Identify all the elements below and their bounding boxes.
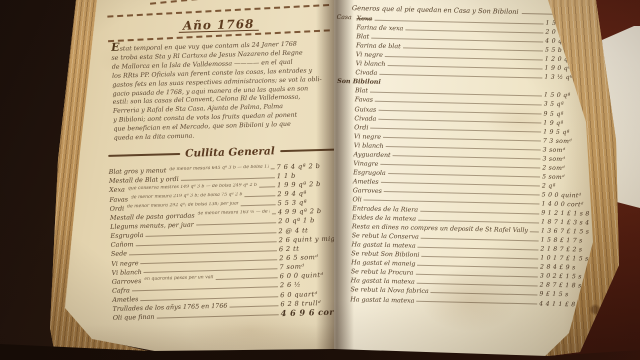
item-name: Blat bbox=[356, 33, 369, 40]
leader-line bbox=[245, 195, 276, 197]
item-name: Sede bbox=[111, 251, 127, 258]
item-value: 1 9 qª bbox=[543, 119, 587, 127]
item-name: Vi blanch bbox=[354, 142, 384, 150]
item-note: en quaranta pesas per un vall bbox=[144, 275, 213, 282]
item-name: Garroves bbox=[353, 187, 382, 195]
item-name: Farina de xexa bbox=[356, 24, 403, 32]
intro-paragraph: Estat temporal en que vuy que contam als… bbox=[105, 38, 336, 144]
item-name: Ametles bbox=[353, 178, 379, 186]
item-value: 1 3 6 7 £ 1 5 s bbox=[541, 228, 585, 236]
item-name: Ayguardent bbox=[353, 151, 390, 159]
item-name: Cafra bbox=[112, 287, 130, 294]
item-name: Cañom bbox=[111, 242, 134, 250]
item-value: 9 5 qª bbox=[543, 110, 587, 118]
item-name: Civada bbox=[355, 70, 377, 77]
manuscript-photo-scene: Año 1768 Estat temporal en que vuy que c… bbox=[0, 0, 640, 360]
item-value: 5 somᵈ bbox=[542, 173, 586, 181]
item-name: Esgrugola bbox=[110, 232, 143, 240]
section-heading: Cullita General bbox=[108, 144, 336, 162]
item-note: de menor mesura 219 qª 3 b; de bolsa 75 … bbox=[131, 192, 243, 200]
item-name: Ordi bbox=[110, 205, 125, 212]
item-value: 2 somᵈ bbox=[542, 164, 586, 172]
item-name: Se rebut la Procura bbox=[351, 269, 414, 277]
leader-line bbox=[259, 186, 275, 187]
leader-line bbox=[196, 223, 276, 226]
item-value: 9 1 2 1 £ 1 s 8 bbox=[541, 210, 585, 218]
item-name: Civada bbox=[354, 115, 376, 122]
item-name: Vi negre bbox=[356, 52, 383, 60]
leader-line bbox=[241, 204, 276, 206]
item-value: 2 qª bbox=[542, 182, 586, 190]
item-name: Favas bbox=[109, 196, 128, 204]
left-ledger-list: Blat gros y menutde menor mesura 645 qª … bbox=[109, 161, 341, 323]
item-name: Ha gastat la matexa bbox=[350, 296, 414, 304]
leader-line bbox=[416, 301, 537, 305]
item-value: 1 9 5 qª bbox=[543, 128, 587, 136]
section-heading-text: Cullita General bbox=[185, 145, 275, 159]
item-name: Entrades de la Riera bbox=[352, 205, 418, 213]
year-title: Año 1768 bbox=[179, 18, 259, 33]
left-page-content: Año 1768 Estat temporal en que vuy que c… bbox=[104, 0, 341, 322]
leader-line bbox=[229, 305, 278, 307]
item-name: Ha gastat la matexa bbox=[351, 278, 415, 286]
item-name: Vi negre bbox=[111, 260, 139, 268]
item-value: 5 0 0 quintᵈ bbox=[542, 191, 586, 199]
item-name: Blat bbox=[355, 88, 368, 95]
item-name: Ha gastat el maneig bbox=[351, 260, 416, 268]
item-name: Guixas bbox=[355, 106, 377, 113]
item-name: Vi negre bbox=[354, 133, 381, 141]
item-name: Xexa bbox=[357, 15, 373, 22]
item-name: Exides de la matexa bbox=[352, 214, 416, 222]
item-name: Vi blanch bbox=[111, 269, 142, 277]
item-name: Esgrugola bbox=[353, 169, 386, 177]
item-value: 3 somᵈ bbox=[543, 146, 587, 154]
item-name: Ordi bbox=[354, 124, 368, 131]
leader-line bbox=[216, 278, 278, 281]
item-value: 3 0 2 £ 1 5 s bbox=[540, 273, 584, 281]
item-note: de menor mesura 645 qª 3 b — de bolsa 11… bbox=[169, 164, 268, 172]
item-value: 3 somᵈ bbox=[542, 155, 586, 163]
item-value: 2 8 7 £ 1 8 s bbox=[540, 282, 584, 290]
item-name: Garroves bbox=[112, 278, 142, 286]
item-name: Ha gastat la matexa bbox=[351, 241, 415, 249]
item-value: 1 5 8 £ 1 7 s bbox=[541, 237, 585, 245]
ornament-dash-fragment bbox=[150, 0, 208, 5]
item-name: Farina de blat bbox=[356, 42, 401, 50]
item-note: de menor mesura 163 ½ — de bolsa 336 bbox=[197, 210, 269, 217]
item-value: 1 8 7 1 £ 3 s 4 bbox=[541, 219, 585, 227]
heading-rule-left bbox=[108, 153, 180, 157]
right-page-content: Casa Generos que al pie quedan en Casa y… bbox=[337, 3, 590, 308]
item-value: 9 £ 1 5 s bbox=[539, 291, 583, 299]
item-value: 7 3 somᵈ bbox=[543, 137, 587, 145]
item-name: Ametles bbox=[112, 296, 138, 304]
leader-line bbox=[271, 168, 275, 169]
item-value: 1 4 0 0 cortᵈ bbox=[541, 201, 585, 209]
item-name: Favas bbox=[355, 97, 373, 104]
leader-line bbox=[530, 231, 539, 232]
book-gutter-shadow bbox=[316, 0, 354, 360]
item-name: Oli que finan bbox=[113, 314, 155, 322]
item-name: Vi blanch bbox=[356, 61, 386, 69]
item-note: de menor mesura 292 qª; de bolsa 138; pe… bbox=[127, 201, 239, 209]
item-value: 2 1 8 7 £ 2 s bbox=[540, 246, 584, 254]
leader-line bbox=[272, 214, 276, 215]
item-value: 2 8 4 £ 9 s bbox=[540, 264, 584, 272]
item-name: Xexa bbox=[109, 187, 125, 194]
item-name: Vinagre bbox=[353, 160, 378, 168]
item-value: 1 0 1 7 £ 1 5 s bbox=[540, 255, 584, 263]
leader-line bbox=[156, 314, 278, 318]
right-ledger-list: Xexa1 5 0 qªFarina de xexa2 0 qªBlat4 0 … bbox=[337, 13, 590, 308]
item-name: Se rebut la Conserva bbox=[352, 232, 419, 241]
